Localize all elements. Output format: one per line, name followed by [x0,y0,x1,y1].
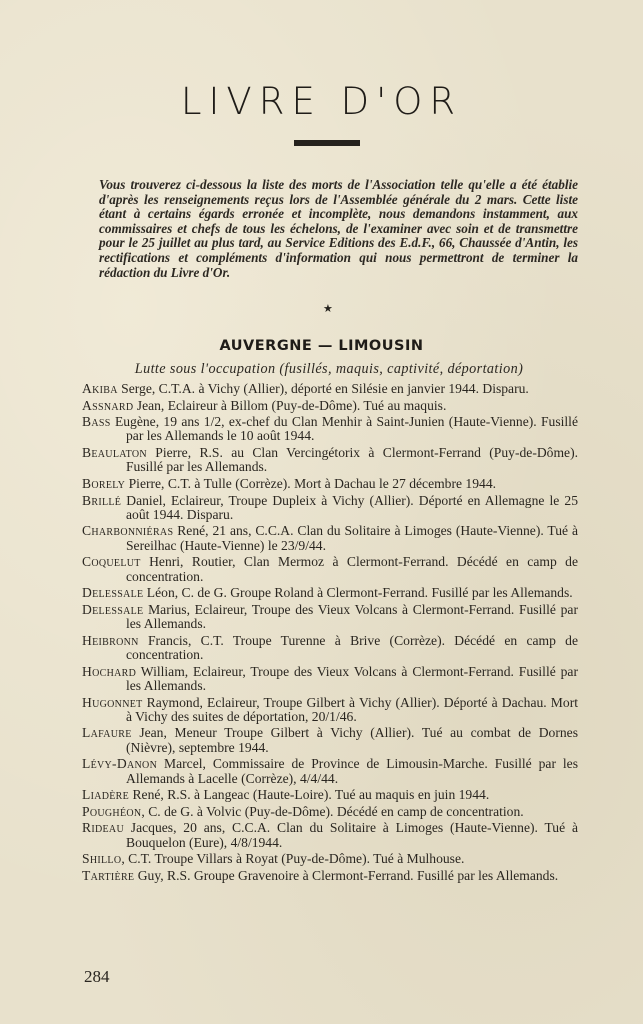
entry-text: Jean, Eclaireur à Billom (Puy-de-Dôme). … [133,398,446,413]
list-item: Hochard William, Eclaireur, Troupe des V… [82,665,578,694]
entry-text: Francis, C.T. Troupe Turenne à Brive (Co… [126,633,578,662]
entry-text: Jacques, 20 ans, C.C.A. Clan du Solitair… [124,820,578,849]
entry-surname: Brillé [82,493,121,508]
list-item: Bass Eugène, 19 ans 1/2, ex-chef du Clan… [82,415,578,444]
entry-surname: Akiba [82,381,118,396]
list-item: Delessale Marius, Eclaireur, Troupe des … [82,603,578,632]
entry-surname: Shillo [82,851,121,866]
entry-text: René, 21 ans, C.C.A. Clan du Solitaire à… [126,523,578,552]
list-item: Lévy-Danon Marcel, Commissaire de Provin… [82,757,578,786]
section-heading: AUVERGNE — LIMOUSIN [0,338,643,354]
entry-text: Raymond, Eclaireur, Troupe Gilbert à Vic… [126,695,578,724]
list-item: Delessale Léon, C. de G. Groupe Roland à… [82,586,578,600]
entry-text: , C.T. Troupe Villars à Royat (Puy-de-Dô… [121,851,464,866]
list-item: Rideau Jacques, 20 ans, C.C.A. Clan du S… [82,821,578,850]
entry-text: William, Eclaireur, Troupe des Vieux Vol… [126,664,578,693]
entry-surname: Bass [82,414,111,429]
book-page: LIVRE D'OR Vous trouverez ci-dessous la … [0,0,643,1024]
entry-surname: Lafaure [82,725,132,740]
entry-text: Léon, C. de G. Groupe Roland à Clermont-… [143,585,572,600]
entry-text: René, R.S. à Langeac (Haute-Loire). Tué … [129,787,489,802]
entry-surname: Coquelut [82,554,141,569]
entry-text: Pierre, C.T. à Tulle (Corrèze). Mort à D… [125,476,496,491]
list-item: Akiba Serge, C.T.A. à Vichy (Allier), dé… [82,382,578,396]
list-item: Heibronn Francis, C.T. Troupe Turenne à … [82,634,578,663]
list-item: Borely Pierre, C.T. à Tulle (Corrèze). M… [82,477,578,491]
page-title: LIVRE D'OR [0,80,643,123]
entry-surname: Beaulaton [82,445,147,460]
entry-text: , C. de G. à Volvic (Puy-de-Dôme). Décéd… [141,804,523,819]
list-item: Liadère René, R.S. à Langeac (Haute-Loir… [82,788,578,802]
entry-surname: Delessale [82,602,143,617]
entry-surname: Poughéon [82,804,141,819]
list-item: Shillo, C.T. Troupe Villars à Royat (Puy… [82,852,578,866]
page-number: 284 [84,967,110,987]
list-item: Hugonnet Raymond, Eclaireur, Troupe Gilb… [82,696,578,725]
list-item: Assnard Jean, Eclaireur à Billom (Puy-de… [82,399,578,413]
entry-text: Pierre, R.S. au Clan Vercingétorix à Cle… [126,445,578,474]
entry-surname: Rideau [82,820,124,835]
entry-text: Henri, Routier, Clan Mermoz à Clermont-F… [126,554,578,583]
entry-surname: Heibronn [82,633,139,648]
list-item: Beaulaton Pierre, R.S. au Clan Vercingét… [82,446,578,475]
entry-surname: Hugonnet [82,695,143,710]
section-subheading: Lutte sous l'occupation (fusillés, maqui… [84,361,574,378]
list-item: Brillé Daniel, Eclaireur, Troupe Dupleix… [82,494,578,523]
entry-surname: Charbonniéras [82,523,173,538]
list-item: Lafaure Jean, Meneur Troupe Gilbert à Vi… [82,726,578,755]
star-separator-icon: ★ [323,302,333,315]
intro-paragraph: Vous trouverez ci-dessous la liste des m… [99,178,578,280]
entry-surname: Delessale [82,585,143,600]
entry-surname: Lévy-Danon [82,756,157,771]
entry-surname: Hochard [82,664,136,679]
list-item: Charbonniéras René, 21 ans, C.C.A. Clan … [82,524,578,553]
entry-text: Marius, Eclaireur, Troupe des Vieux Volc… [126,602,578,631]
entry-text: Eugène, 19 ans 1/2, ex-chef du Clan Menh… [111,414,578,443]
entry-text: Serge, C.T.A. à Vichy (Allier), déporté … [118,381,529,396]
list-item: Poughéon, C. de G. à Volvic (Puy-de-Dôme… [82,805,578,819]
list-item: Coquelut Henri, Routier, Clan Mermoz à C… [82,555,578,584]
list-item: Tartière Guy, R.S. Groupe Gravenoire à C… [82,869,578,883]
entry-text: Marcel, Commissaire de Province de Limou… [126,756,578,785]
entry-surname: Tartière [82,868,134,883]
entry-surname: Assnard [82,398,133,413]
entry-text: Jean, Meneur Troupe Gilbert à Vichy (All… [126,725,578,754]
title-underline-rule [294,140,360,146]
entry-surname: Borely [82,476,125,491]
memorial-list: Akiba Serge, C.T.A. à Vichy (Allier), dé… [82,382,578,885]
entry-text: Daniel, Eclaireur, Troupe Dupleix à Vich… [121,493,578,522]
entry-surname: Liadère [82,787,129,802]
entry-text: Guy, R.S. Groupe Gravenoire à Clermont-F… [134,868,558,883]
